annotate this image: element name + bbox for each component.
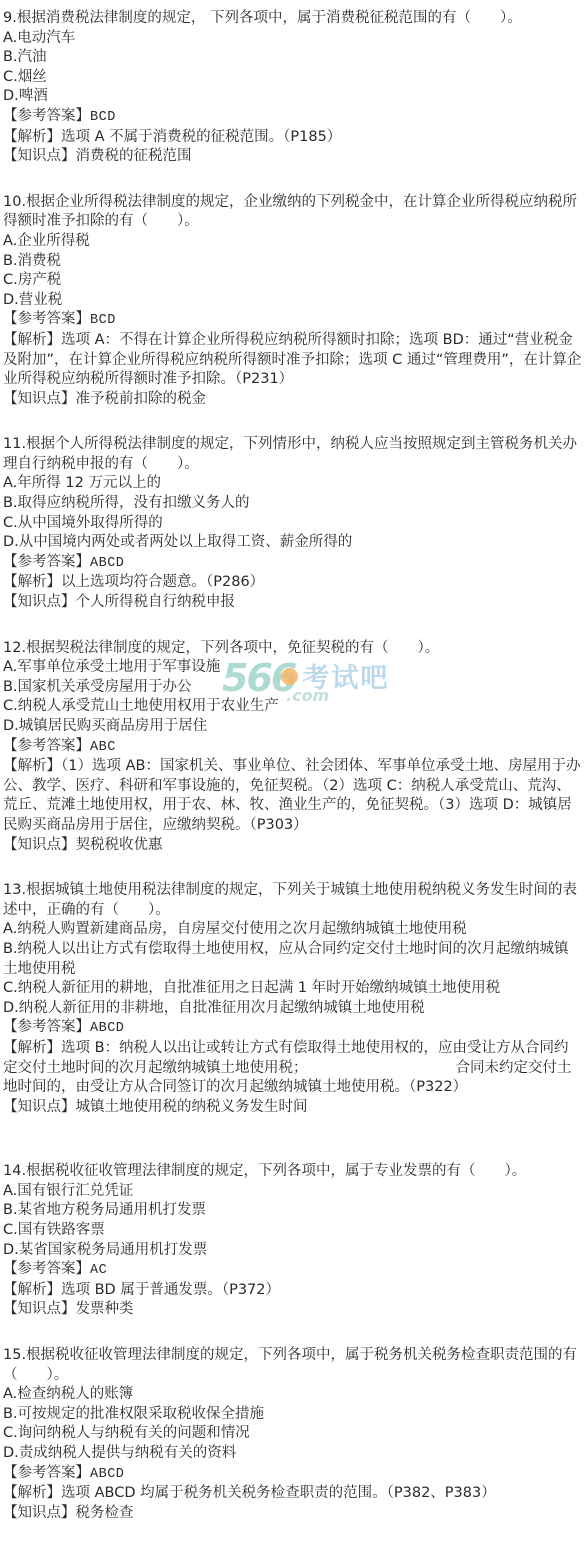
option-b: B.某省地方税务局通用机打发票 xyxy=(3,1201,583,1221)
option-b: B.国家机关承受房屋用于办公 xyxy=(3,678,583,698)
analysis-text: 以上选项均符合题意。（P286） xyxy=(61,574,264,590)
exam-answer-page: 566考试吧 .com 9.根据消费税法律制度的规定， 下列各项中，属于消费税征… xyxy=(0,0,585,1559)
option-a: A.国有银行汇兑凭证 xyxy=(3,1182,583,1202)
analysis-text: 选项 A：不得在计算企业所得税应纳税所得额时扣除；选项 BD：通过“营业税金及附… xyxy=(3,332,581,387)
question-10: 10.根据企业所得税法律制度的规定，企业缴纳的下列税金中，在计算企业所得税应纳税… xyxy=(3,193,583,410)
question-15: 15.根据税收征收管理法律制度的规定，下列各项中，属于税务机关税务检查职责范围的… xyxy=(3,1346,583,1523)
analysis-text: 选项 ABCD 均属于税务机关税务检查职责的范围。（P382、P383） xyxy=(61,1485,496,1501)
point-label: 【知识点】 xyxy=(3,594,76,610)
answer-value: AC xyxy=(90,1263,107,1278)
option-b: B.取得应纳税所得，没有扣缴义务人的 xyxy=(3,494,583,514)
option-b: B.消费税 xyxy=(3,252,583,272)
question-stem: 11.根据个人所得税法律制度的规定，下列情形中，纳税人应当按照规定到主管税务机关… xyxy=(3,435,583,474)
knowledge-point-line: 【知识点】税务检查 xyxy=(3,1504,583,1524)
point-text: 准予税前扣除的税金 xyxy=(76,391,207,407)
question-14: 14.根据税收征收管理法律制度的规定，下列各项中，属于专业发票的有（ ）。 A.… xyxy=(3,1162,583,1320)
option-c: C.纳税人新征用的耕地，自批准征用之日起满 1 年时开始缴纳城镇土地使用税 xyxy=(3,979,583,999)
analysis-label: 【解析】 xyxy=(3,129,61,145)
answer-value: BCD xyxy=(90,313,116,328)
option-c: C.从中国境外取得所得的 xyxy=(3,514,583,534)
analysis-label: 【解析】 xyxy=(3,332,61,348)
knowledge-point-line: 【知识点】准予税前扣除的税金 xyxy=(3,390,583,410)
answer-label: 【参考答案】 xyxy=(3,1465,90,1481)
point-text: 个人所得税自行纳税申报 xyxy=(76,594,236,610)
analysis-line: 【解析】选项 B：纳税人以出让或转让方式有偿取得土地使用权的，应由受让方从合同约… xyxy=(3,1039,583,1098)
option-d: D.某省国家税务局通用机打发票 xyxy=(3,1241,583,1261)
option-b: B.汽油 xyxy=(3,48,583,68)
answer-line: 【参考答案】ABCD xyxy=(3,553,583,574)
option-c: C.房产税 xyxy=(3,271,583,291)
answer-line: 【参考答案】ABC xyxy=(3,737,583,758)
question-11: 11.根据个人所得税法律制度的规定，下列情形中，纳税人应当按照规定到主管税务机关… xyxy=(3,435,583,612)
point-label: 【知识点】 xyxy=(3,1301,76,1317)
point-label: 【知识点】 xyxy=(3,1505,76,1521)
analysis-line: 【解析】以上选项均符合题意。（P286） xyxy=(3,573,583,593)
option-c: C.国有铁路客票 xyxy=(3,1221,583,1241)
option-a: A.检查纳税人的账簿 xyxy=(3,1385,583,1405)
knowledge-point-line: 【知识点】城镇土地使用税的纳税义务发生时间 xyxy=(3,1098,583,1118)
knowledge-point-line: 【知识点】发票种类 xyxy=(3,1300,583,1320)
analysis-label: 【解析】 xyxy=(3,758,61,774)
point-text: 城镇土地使用税的纳税义务发生时间 xyxy=(76,1099,308,1115)
point-text: 消费税的征税范围 xyxy=(76,148,192,164)
analysis-label: 【解析】 xyxy=(3,1040,61,1056)
question-stem: 15.根据税收征收管理法律制度的规定，下列各项中，属于税务机关税务检查职责范围的… xyxy=(3,1346,583,1385)
option-a: A.军事单位承受土地用于军事设施 xyxy=(3,658,583,678)
analysis-text: （1）选项 AB：国家机关、事业单位、社会团体、军事单位承受土地、房屋用于办公、… xyxy=(3,758,580,833)
option-a: A.年所得 12 万元以上的 xyxy=(3,474,583,494)
question-9: 9.根据消费税法律制度的规定， 下列各项中，属于消费税征税范围的有（ ）。 A.… xyxy=(3,9,583,167)
point-text: 税务检查 xyxy=(76,1505,134,1521)
analysis-label: 【解析】 xyxy=(3,1282,61,1298)
analysis-line: 【解析】（1）选项 AB：国家机关、事业单位、社会团体、军事单位承受土地、房屋用… xyxy=(3,757,583,835)
answer-line: 【参考答案】ABCD xyxy=(3,1018,583,1039)
answer-value: BCD xyxy=(90,110,116,125)
point-text: 契税税收优惠 xyxy=(76,837,163,853)
question-stem: 9.根据消费税法律制度的规定， 下列各项中，属于消费税征税范围的有（ ）。 xyxy=(3,9,583,29)
option-d: D.城镇居民购买商品房用于居住 xyxy=(3,717,583,737)
knowledge-point-line: 【知识点】契税税收优惠 xyxy=(3,836,583,856)
option-b: B.纳税人以出让方式有偿取得土地使用权，应从合同约定交付土地时间的次月起缴纳城镇… xyxy=(3,940,583,979)
option-d: D.责成纳税人提供与纳税有关的资料 xyxy=(3,1444,583,1464)
option-a: A.纳税人购置新建商品房，自房屋交付使用之次月起缴纳城镇土地使用税 xyxy=(3,920,583,940)
question-stem: 13.根据城镇土地使用税法律制度的规定，下列关于城镇土地使用税纳税义务发生时间的… xyxy=(3,881,583,920)
answer-line: 【参考答案】AC xyxy=(3,1260,583,1281)
question-12: 12.根据契税法律制度的规定，下列各项中，免征契税的有（ ）。 A.军事单位承受… xyxy=(3,639,583,856)
analysis-label: 【解析】 xyxy=(3,574,61,590)
option-d: D.营业税 xyxy=(3,291,583,311)
analysis-line: 【解析】选项 A 不属于消费税的征税范围。（P185） xyxy=(3,128,583,148)
question-13: 13.根据城镇土地使用税法律制度的规定，下列关于城镇土地使用税纳税义务发生时间的… xyxy=(3,881,583,1117)
question-stem: 10.根据企业所得税法律制度的规定，企业缴纳的下列税金中，在计算企业所得税应纳税… xyxy=(3,193,583,232)
blank-gap xyxy=(308,1071,456,1072)
answer-line: 【参考答案】BCD xyxy=(3,310,583,331)
option-a: A.电动汽车 xyxy=(3,29,583,49)
point-label: 【知识点】 xyxy=(3,837,76,853)
answer-value: ABCD xyxy=(90,1021,124,1036)
point-label: 【知识点】 xyxy=(3,1099,76,1115)
option-d: D.从中国境内两处或者两处以上取得工资、薪金所得的 xyxy=(3,533,583,553)
answer-value: ABCD xyxy=(90,1467,124,1482)
answer-label: 【参考答案】 xyxy=(3,1261,90,1277)
knowledge-point-line: 【知识点】个人所得税自行纳税申报 xyxy=(3,593,583,613)
analysis-line: 【解析】选项 ABCD 均属于税务机关税务检查职责的范围。（P382、P383） xyxy=(3,1484,583,1504)
answer-value: ABC xyxy=(90,740,116,755)
question-stem: 14.根据税收征收管理法律制度的规定，下列各项中，属于专业发票的有（ ）。 xyxy=(3,1162,583,1182)
answer-line: 【参考答案】BCD xyxy=(3,107,583,128)
answer-label: 【参考答案】 xyxy=(3,738,90,754)
point-text: 发票种类 xyxy=(76,1301,134,1317)
point-label: 【知识点】 xyxy=(3,148,76,164)
answer-label: 【参考答案】 xyxy=(3,1019,90,1035)
answer-line: 【参考答案】ABCD xyxy=(3,1464,583,1485)
option-b: B.可按规定的批准权限采取税收保全措施 xyxy=(3,1405,583,1425)
analysis-line: 【解析】选项 A：不得在计算企业所得税应纳税所得额时扣除；选项 BD：通过“营业… xyxy=(3,331,583,390)
analysis-text: 选项 BD 属于普通发票。（P372） xyxy=(61,1282,280,1298)
answer-label: 【参考答案】 xyxy=(3,311,90,327)
point-label: 【知识点】 xyxy=(3,391,76,407)
option-c: C.询问纳税人与纳税有关的问题和情况 xyxy=(3,1424,583,1444)
analysis-text: 选项 A 不属于消费税的征税范围。（P185） xyxy=(61,129,341,145)
answer-label: 【参考答案】 xyxy=(3,554,90,570)
option-d: D.啤酒 xyxy=(3,87,583,107)
option-c: C.纳税人承受荒山土地使用权用于农业生产 xyxy=(3,697,583,717)
analysis-line: 【解析】选项 BD 属于普通发票。（P372） xyxy=(3,1281,583,1301)
answer-label: 【参考答案】 xyxy=(3,108,90,124)
knowledge-point-line: 【知识点】消费税的征税范围 xyxy=(3,147,583,167)
question-stem: 12.根据契税法律制度的规定，下列各项中，免征契税的有（ ）。 xyxy=(3,639,583,659)
answer-value: ABCD xyxy=(90,556,124,571)
analysis-label: 【解析】 xyxy=(3,1485,61,1501)
option-a: A.企业所得税 xyxy=(3,232,583,252)
option-d: D.纳税人新征用的非耕地，自批准征用次月起缴纳城镇土地使用税 xyxy=(3,999,583,1019)
option-c: C.烟丝 xyxy=(3,68,583,88)
